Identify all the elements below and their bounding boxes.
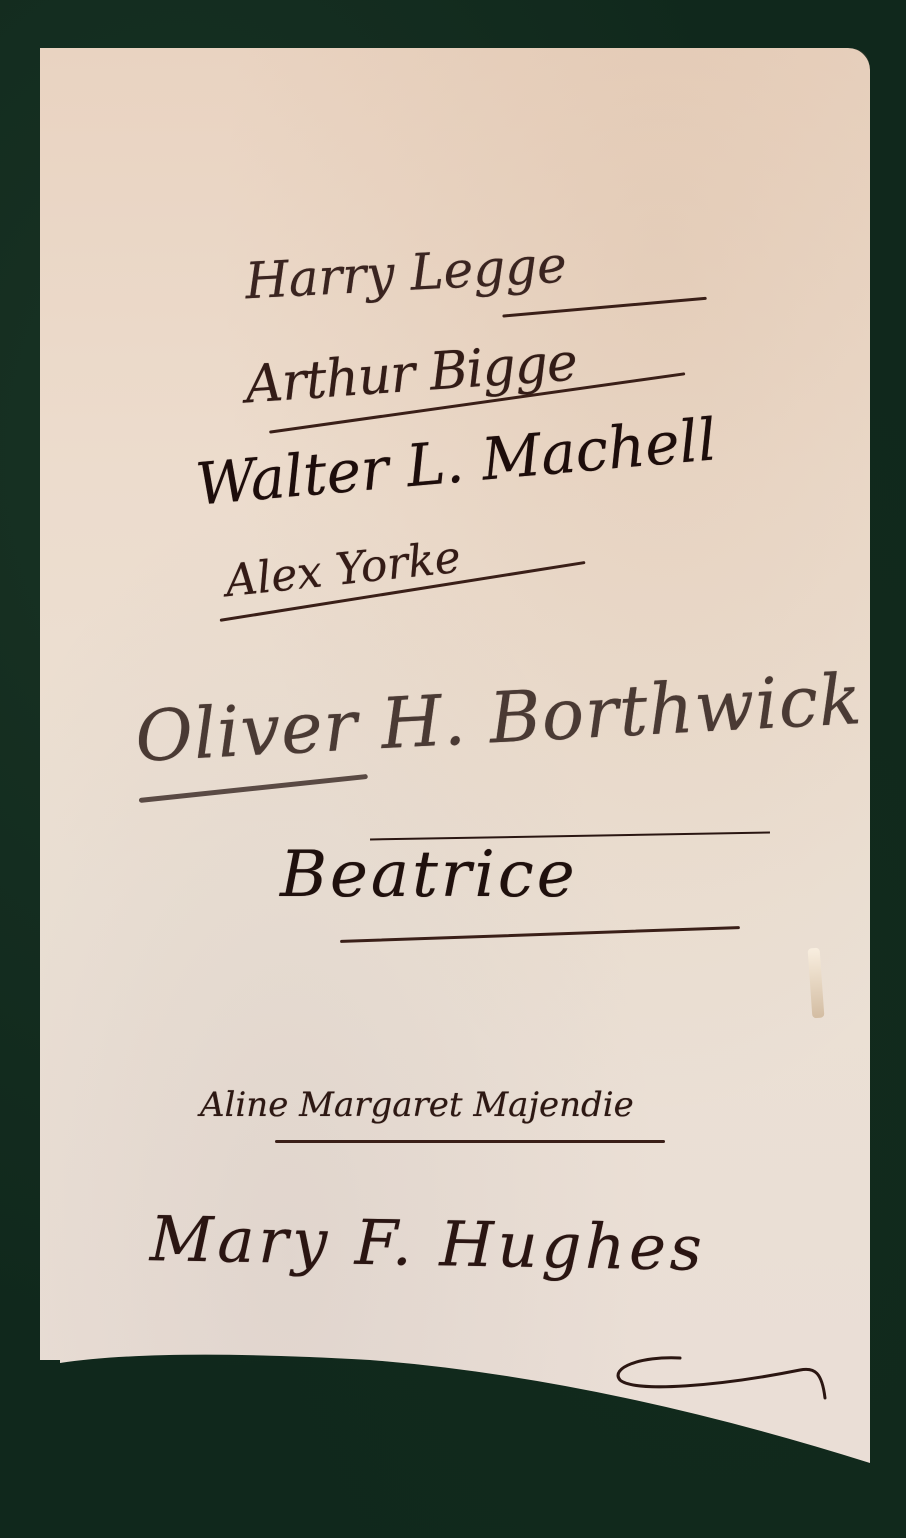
signature-text: Harry Legge [244, 236, 568, 311]
signature-text: Oliver H. Borthwick [133, 658, 864, 778]
signature-text: Beatrice [280, 838, 578, 912]
signature-flourish [600, 1338, 840, 1408]
signature-underline [502, 297, 706, 318]
signature-alex-yorke: Alex Yorke [223, 536, 462, 604]
signature-underline [340, 926, 740, 943]
signature-underline [275, 1140, 665, 1143]
signature-walter-machell: Walter L. Machell [193, 410, 718, 513]
signature-arthur-bigge: Arthur Bigge [244, 336, 579, 411]
signature-text: Aline Margaret Majendie [200, 1085, 634, 1125]
paper-edge-tear [808, 948, 825, 1019]
signature-text: Arthur Bigge [243, 332, 578, 415]
signature-underline [139, 774, 368, 803]
signature-aline-majendie: Aline Margaret Majendie [200, 1088, 634, 1122]
signature-mary-hughes: Mary F. Hughes [150, 1208, 707, 1280]
signature-text: Alex Yorke [223, 532, 463, 607]
signature-oliver-borthwick: Oliver H. Borthwick [134, 664, 864, 772]
signature-text: Walter L. Machell [193, 405, 719, 518]
signature-text: Mary F. Hughes [149, 1202, 706, 1285]
signature-harry-legge: Harry Legge [244, 240, 568, 307]
autograph-card: Harry Legge Arthur Bigge Walter L. Mache… [40, 48, 870, 1468]
signature-beatrice: Beatrice [280, 843, 578, 907]
